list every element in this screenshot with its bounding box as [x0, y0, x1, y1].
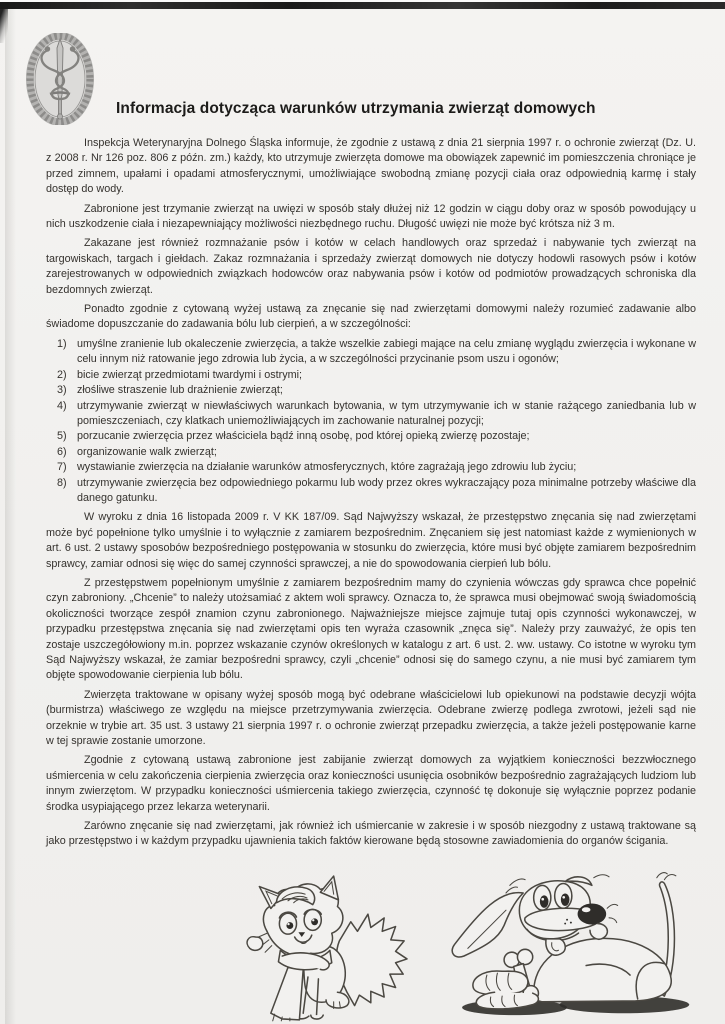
list-item-text: utrzymywanie zwierzęcia bez odpowiednieg…	[77, 476, 696, 507]
document-title: Informacja dotycząca warunków utrzymania…	[116, 100, 696, 118]
list-item-number: 7)	[57, 460, 77, 475]
list-item-text: wystawianie zwierzęcia na działanie waru…	[77, 460, 696, 475]
scan-left-shading	[5, 9, 16, 1024]
paragraph: Zarówno znęcanie się nad zwierzętami, ja…	[46, 819, 696, 850]
list-item-text: bicie zwierząt przedmiotami twardymi i o…	[77, 368, 696, 383]
list-item: 2) bicie zwierząt przedmiotami twardymi …	[46, 368, 696, 383]
paragraph: Zgodnie z cytowaną ustawą zabronione jes…	[46, 753, 696, 815]
paragraph: Zakazane jest również rozmnażanie psów i…	[46, 236, 696, 298]
list-item-text: utrzymywanie zwierząt w niewłaściwych wa…	[77, 399, 696, 430]
scan-top-edge-bar	[0, 2, 725, 9]
list-item-number: 4)	[57, 399, 77, 430]
paragraph: W wyroku z dnia 16 listopada 2009 r. V K…	[46, 510, 696, 572]
paragraph: Ponadto zgodnie z cytowaną wyżej ustawą …	[46, 302, 696, 333]
list-item-number: 2)	[57, 368, 77, 383]
paragraph: Zabronione jest trzymanie zwierząt na uw…	[46, 202, 696, 233]
list-item: 8) utrzymywanie zwierzęcia bez odpowiedn…	[46, 476, 696, 507]
list-item-number: 3)	[57, 383, 77, 398]
list-item-number: 1)	[57, 337, 77, 368]
list-item: 7) wystawianie zwierzęcia na działanie w…	[46, 460, 696, 475]
document-body: Inspekcja Weterynaryjna Dolnego Śląska i…	[46, 136, 696, 854]
paragraph: Z przestępstwem popełnionym umyślnie z z…	[46, 576, 696, 684]
list-item: 5) porzucanie zwierzęcia przez właścicie…	[46, 429, 696, 444]
list-item: 3) złośliwe straszenie lub drażnienie zw…	[46, 383, 696, 398]
cat-illustration-icon	[227, 871, 427, 1024]
list-item: 6) organizowanie walk zwierząt;	[46, 445, 696, 460]
dog-illustration-icon	[443, 872, 715, 1019]
list-item: 1) umyślne zranienie lub okaleczenie zwi…	[46, 337, 696, 368]
caduceus-emblem-icon	[26, 33, 94, 125]
kitten-drawing	[227, 871, 427, 1024]
list-item: 4) utrzymywanie zwierząt w niewłaściwych…	[46, 399, 696, 430]
paragraph: Inspekcja Weterynaryjna Dolnego Śląska i…	[46, 136, 696, 198]
list-item-number: 5)	[57, 429, 77, 444]
list-item-text: umyślne zranienie lub okaleczenie zwierz…	[77, 337, 696, 368]
list-item-text: złośliwe straszenie lub drażnienie zwier…	[77, 383, 696, 398]
numbered-list: 1) umyślne zranienie lub okaleczenie zwi…	[46, 337, 696, 506]
list-item-text: porzucanie zwierzęcia przez właściciela …	[77, 429, 696, 444]
scanned-document-page: Informacja dotycząca warunków utrzymania…	[0, 0, 725, 1024]
puppy-drawing	[443, 872, 715, 1019]
list-item-number: 6)	[57, 445, 77, 460]
list-item-number: 8)	[57, 476, 77, 507]
paragraph: Zwierzęta traktowane w opisany wyżej spo…	[46, 688, 696, 750]
veterinary-inspection-logo-icon	[26, 33, 94, 126]
list-item-text: organizowanie walk zwierząt;	[77, 445, 696, 460]
